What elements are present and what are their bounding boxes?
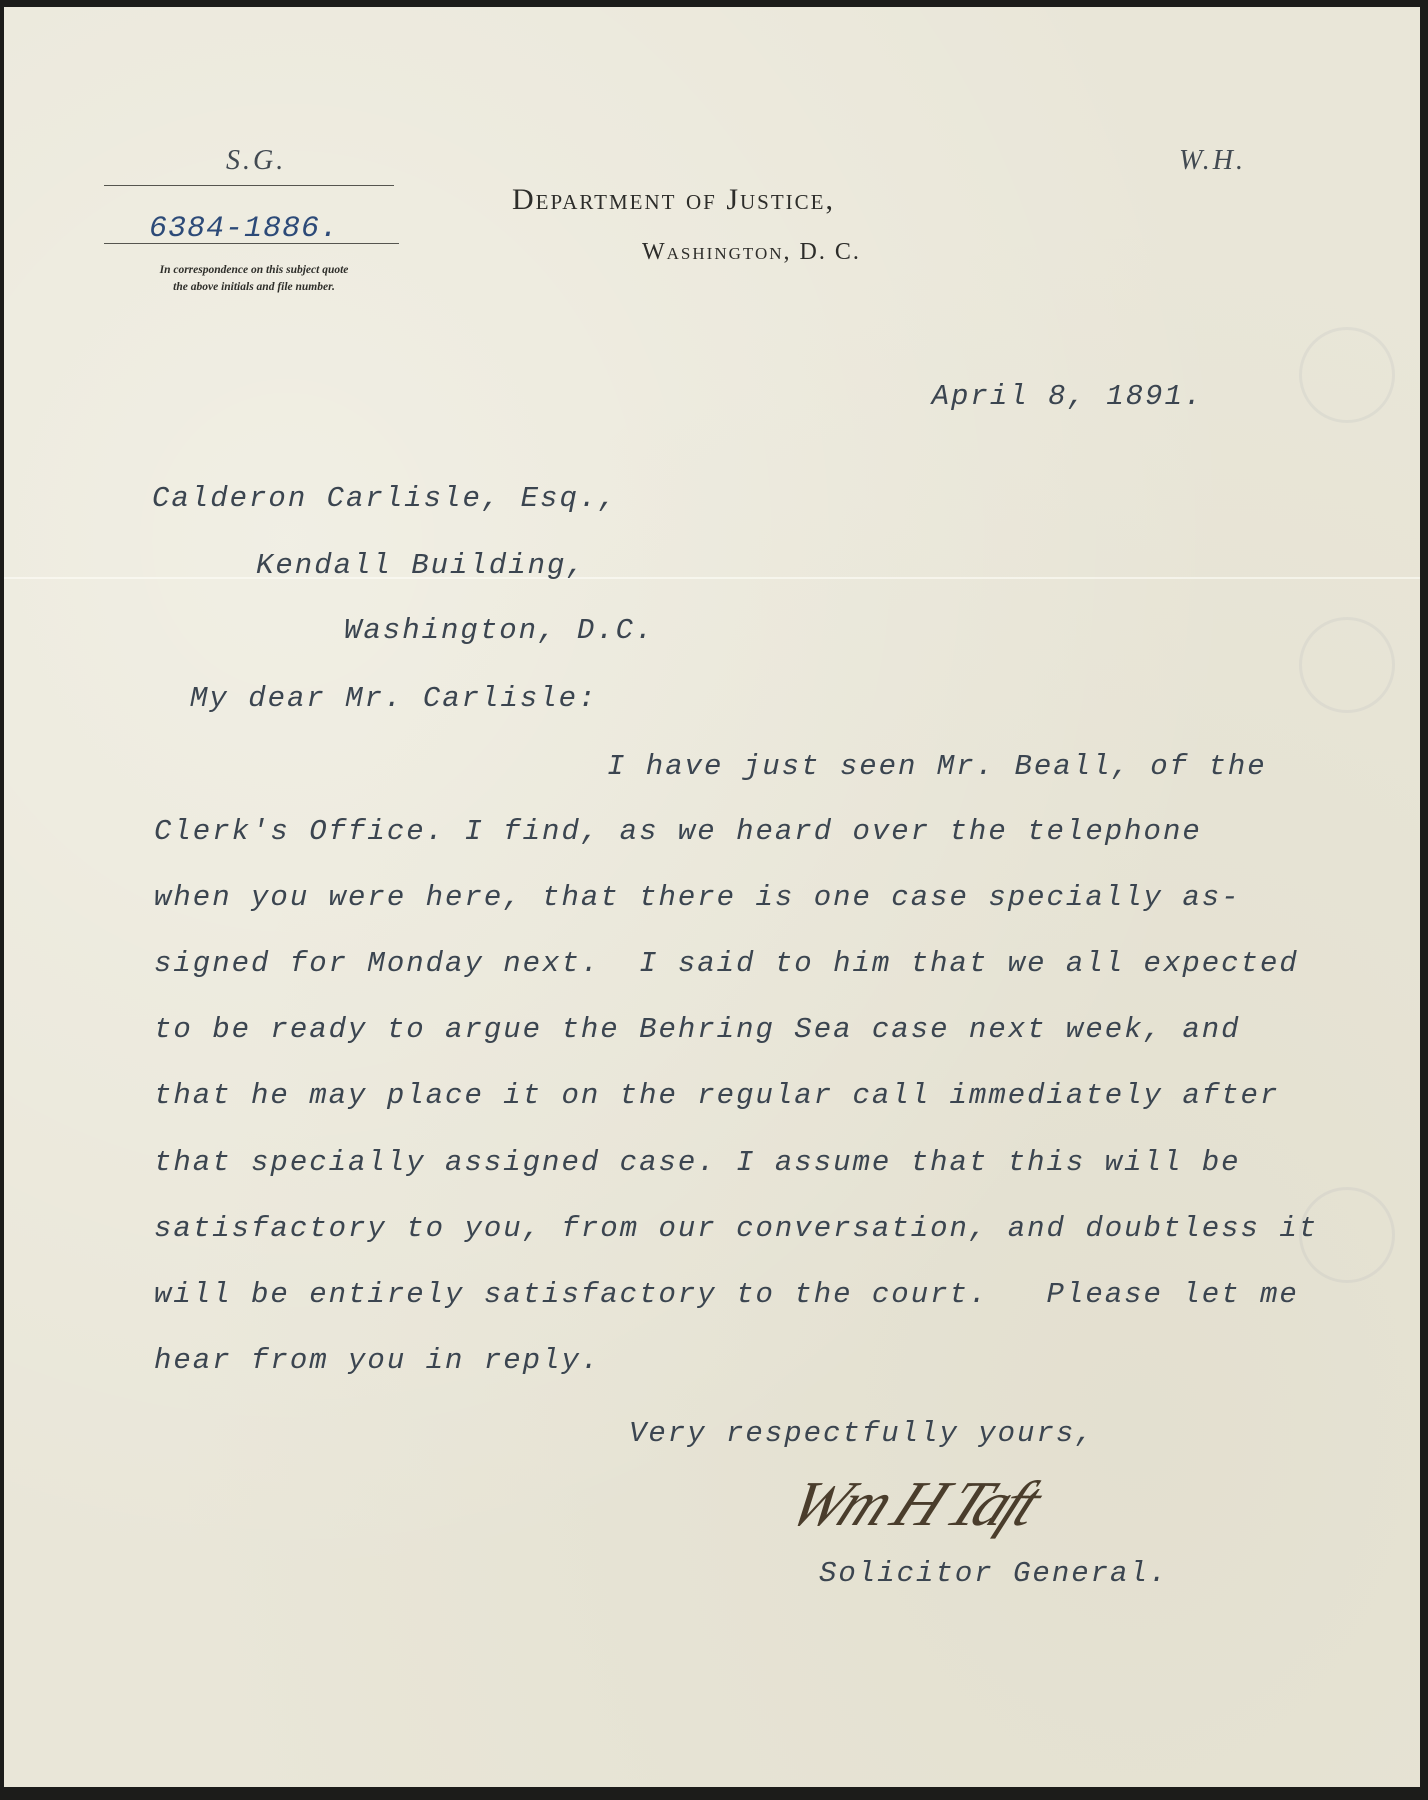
body-line: signed for Monday next. I said to him th… [154,947,1299,980]
initials-left: S.G. [226,145,286,177]
watermark-seal [1299,617,1395,713]
paper-fold [4,577,1420,579]
body-line: will be entirely satisfactory to the cou… [154,1278,1299,1311]
body-line: satisfactory to you, from our conversati… [154,1212,1318,1245]
body-line: that specially assigned case. I assume t… [154,1146,1241,1179]
department-location: Washington, D. C. [642,239,861,266]
department-name: Department of Justice, [512,183,835,217]
body-line: when you were here, that there is one ca… [154,881,1241,914]
watermark-seal [1299,327,1395,423]
divider [104,243,399,244]
salutation: My dear Mr. Carlisle: [190,682,597,715]
divider [104,185,394,186]
signature: Wm H Taft [777,1467,1051,1541]
body-line: Clerk's Office. I find, as we heard over… [154,815,1202,848]
file-number: 6384-1886. [149,212,339,246]
body-line: hear from you in reply. [154,1344,600,1377]
initials-right: W.H. [1179,145,1246,177]
body-line: I have just seen Mr. Beall, of the [607,750,1267,783]
closing: Very respectfully yours, [629,1417,1095,1450]
letter-date: April 8, 1891. [854,347,1203,446]
body-line: that he may place it on the regular call… [154,1079,1279,1112]
body-line: to be ready to argue the Behring Sea cas… [154,1013,1241,1046]
recipient-building: Kendall Building, [256,549,586,582]
correspondence-note: In correspondence on this subject quote … [114,262,394,296]
letter-page: S.G. 6384-1886. In correspondence on thi… [4,7,1420,1787]
recipient-city: Washington, D.C. [344,614,654,647]
signer-title: Solicitor General. [819,1557,1168,1590]
recipient-name: Calderon Carlisle, Esq., [152,482,618,515]
